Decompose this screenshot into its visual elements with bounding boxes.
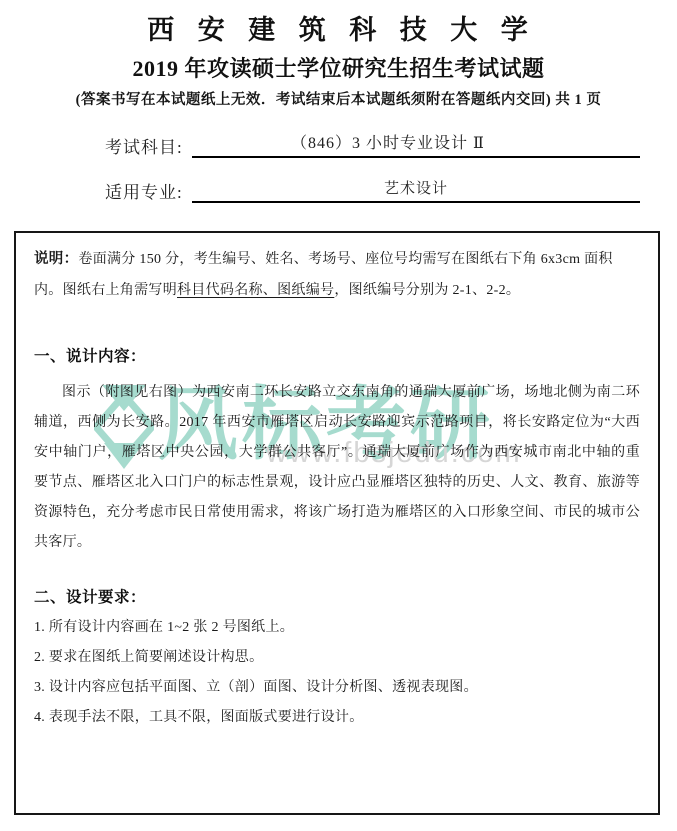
section1-paragraph: 图示（附图见右图）为西安南二环长安路立交东南角的通瑞大厦前广场，场地北侧为南二环… [34, 378, 640, 558]
content-inner: 说明：卷面满分 150 分，考生编号、姓名、考场号、座位号均需写在图纸右下角 6… [34, 244, 640, 727]
requirement-item: 1. 所有设计内容画在 1~2 张 2 号图纸上。 [34, 619, 640, 637]
requirement-item: 2. 要求在图纸上简要阐述设计构思。 [34, 649, 640, 667]
requirements-list: 1. 所有设计内容画在 1~2 张 2 号图纸上。 2. 要求在图纸上简要阐述设… [34, 619, 640, 727]
major-underline: 艺术设计 [192, 175, 640, 203]
major-field-row: 适用专业: 艺术设计 [0, 175, 677, 205]
subject-label: 考试科目: [105, 133, 183, 158]
instructions-text-after: ，图纸编号分别为 2-1、2-2。 [334, 283, 520, 298]
major-label: 适用专业: [105, 178, 183, 203]
instructions-paragraph: 说明：卷面满分 150 分，考生编号、姓名、考场号、座位号均需写在图纸右下角 6… [34, 244, 640, 306]
subject-value: （846）3 小时专业设计 Ⅱ [291, 130, 485, 158]
instructions-underlined-phrase: 科目代码名称、图纸编号 [177, 283, 334, 298]
subject-field-row: 考试科目: （846）3 小时专业设计 Ⅱ [0, 130, 677, 160]
requirement-item: 4. 表现手法不限，工具不限，图面版式要进行设计。 [34, 709, 640, 727]
university-name: 西 安 建 筑 科 技 大 学 [0, 8, 677, 47]
section2-heading: 二、设计要求： [34, 585, 640, 607]
section1-heading: 一、说计内容： [34, 344, 640, 366]
subject-underline: （846）3 小时专业设计 Ⅱ [192, 130, 640, 158]
instructions-label: 说明： [34, 251, 78, 267]
exam-note: (答案书写在本试题纸上无效．考试结束后本试题纸须附在答题纸内交回) 共 1 页 [0, 88, 677, 109]
exam-paper-page: 西 安 建 筑 科 技 大 学 2019 年攻读硕士学位研究生招生考试试题 (答… [0, 0, 677, 831]
exam-title: 2019 年攻读硕士学位研究生招生考试试题 [0, 52, 677, 83]
requirement-item: 3. 设计内容应包括平面图、立（剖）面图、设计分析图、透视表现图。 [34, 679, 640, 697]
major-value: 艺术设计 [384, 181, 448, 197]
content-box: 风标考研 www.fbsjedu.com 说明：卷面满分 150 分，考生编号、… [14, 231, 660, 815]
